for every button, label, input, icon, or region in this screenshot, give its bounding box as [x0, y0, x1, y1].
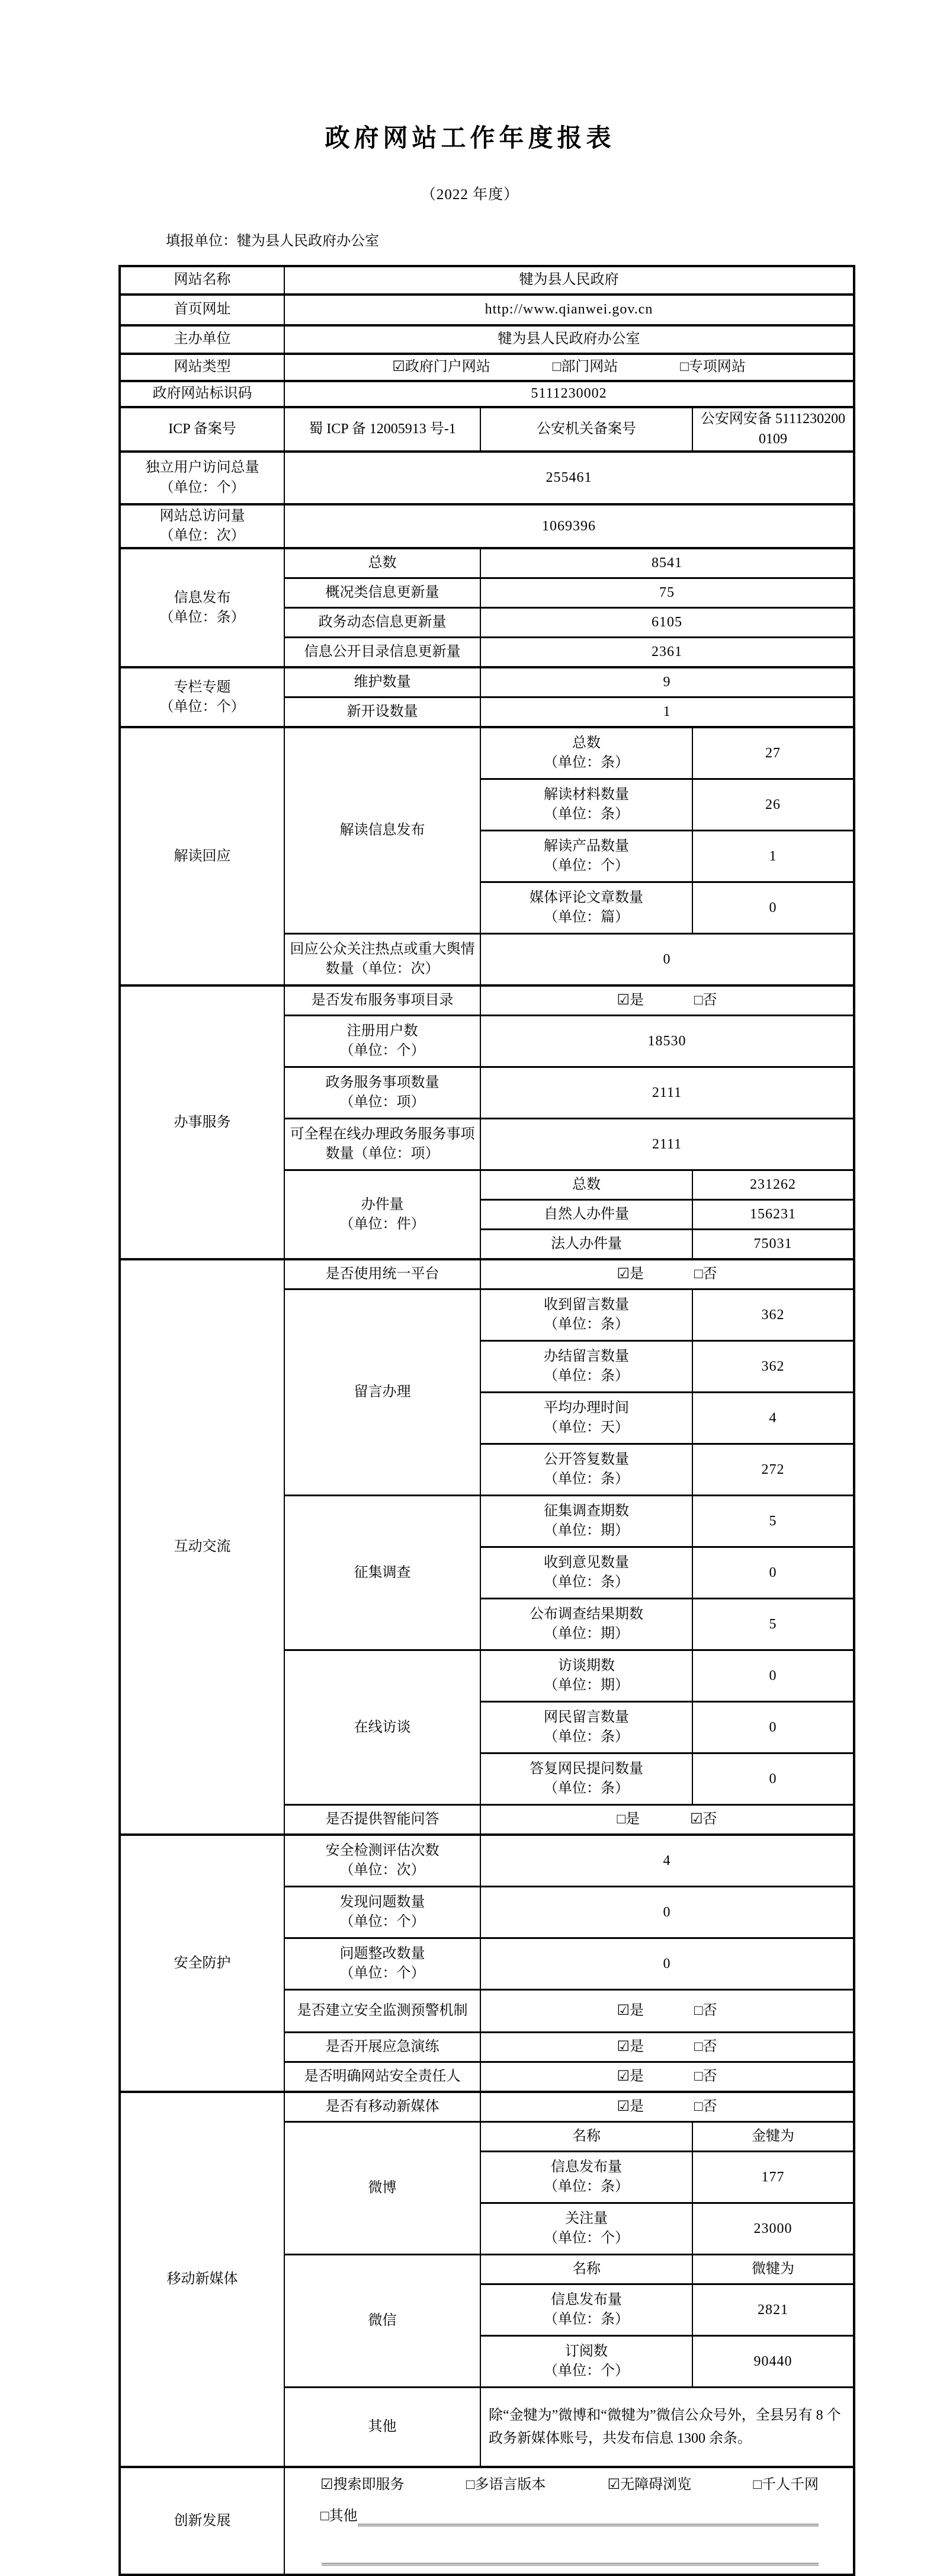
has-new-media-label: 是否有移动新媒体 [284, 2092, 480, 2122]
section-innovation-label: 创新发展 [120, 2467, 284, 2575]
total-visits-label: 网站总访问量 （单位：次） [120, 504, 284, 548]
submetric-value: 4 [480, 1835, 854, 1887]
checkbox-option: ☑是 [617, 2067, 644, 2087]
checkbox-option: ☑政府门户网站 [392, 357, 490, 377]
section-interpretation-label: 解读回应 [120, 727, 284, 985]
checkbox-option: ☑是 [617, 2097, 644, 2117]
submetric-label: 关注量 （单位：个） [480, 2203, 692, 2255]
checkbox-option: ☑搜索即服务 [320, 2475, 405, 2495]
submetric-value: 90440 [692, 2336, 854, 2388]
submetric-value: 75 [480, 578, 854, 608]
site-name-label: 网站名称 [120, 266, 284, 295]
section-interaction-label: 互动交流 [120, 1259, 284, 1835]
document-page: 政府网站工作年度报表 （2022 年度） 填报单位：犍为县人民政府办公室 网站名… [0, 0, 940, 2576]
submetric-value: 2821 [692, 2284, 854, 2336]
submetric-label: 平均办理时间 （单位：天） [480, 1393, 692, 1444]
page-title: 政府网站工作年度报表 [0, 119, 940, 154]
checkbox-option: □其他 [320, 2507, 358, 2526]
submetric-value: 8541 [480, 548, 854, 578]
table-row: 首页网址 http://www.qianwei.gov.cn [120, 295, 854, 325]
submetric-label: 名称 [480, 2122, 692, 2152]
innovation-options: ☑搜索即服务 □多语言版本 ☑无障碍浏览 □千人千网 □其他 [284, 2467, 854, 2575]
submetric-value: 9 [480, 667, 854, 697]
table-row: 信息发布 （单位：条） 总数 8541 [120, 548, 854, 578]
submetric-value: 0 [480, 1938, 854, 1990]
table-row: 互动交流 是否使用统一平台 ☑是 □否 [120, 1259, 854, 1289]
checkbox-option: ☑是 [617, 991, 644, 1010]
public-response-value: 0 [480, 934, 854, 986]
checkbox-option: □否 [694, 2001, 717, 2021]
table-row: ICP 备案号 蜀 ICP 备 12005913 号-1 公安机关备案号 公安网… [120, 407, 854, 452]
submetric-value: 27 [692, 727, 854, 779]
checkbox-option: □否 [694, 1265, 717, 1284]
submetric-label: 答复网民提问数量 （单位：条） [480, 1753, 692, 1805]
registered-users-value: 18530 [480, 1016, 854, 1067]
site-type-options: ☑政府门户网站 □部门网站 □专项网站 [284, 354, 854, 381]
interpretation-release-label: 解读信息发布 [284, 727, 480, 934]
fill-in-blank [322, 2546, 819, 2565]
icp-label: ICP 备案号 [120, 407, 284, 452]
online-items-label: 可全程在线办理政务服务事项数量（单位：项） [284, 1119, 480, 1170]
security-check-options: ☑是 □否 [480, 1990, 854, 2033]
submetric-value: 2361 [480, 638, 854, 668]
submetric-value: 1 [692, 831, 854, 882]
online-items-value: 2111 [480, 1119, 854, 1170]
unique-visitors-label: 独立用户访问总量 （单位：个） [120, 452, 284, 504]
home-url-label: 首页网址 [120, 295, 284, 325]
site-type-label: 网站类型 [120, 354, 284, 381]
submetric-value: 微犍为 [692, 2255, 854, 2284]
submetric-value: 6105 [480, 608, 854, 638]
reporting-unit: 填报单位：犍为县人民政府办公室 [0, 229, 940, 249]
submetric-label: 新开设数量 [284, 697, 480, 728]
submetric-label: 维护数量 [284, 667, 480, 697]
section-security-label: 安全防护 [120, 1835, 284, 2092]
submetric-label: 总数 [284, 548, 480, 578]
unified-platform-options: ☑是 □否 [480, 1259, 854, 1289]
submetric-value: 156231 [692, 1200, 854, 1230]
security-check-options: ☑是 □否 [480, 2062, 854, 2092]
checkbox-option: ☑是 [617, 2001, 644, 2021]
checkbox-option: □千人千网 [753, 2475, 819, 2495]
table-row: 政府网站标识码 5111230002 [120, 381, 854, 407]
checkbox-option: □是 [617, 1810, 640, 1829]
site-name-value: 犍为县人民政府 [284, 266, 854, 295]
submetric-value: 362 [692, 1341, 854, 1393]
submetric-label: 订阅数 （单位：个） [480, 2336, 692, 2388]
smart-qa-options: □是 ☑否 [480, 1805, 854, 1835]
submetric-value: 23000 [692, 2203, 854, 2255]
submetric-value: 5 [692, 1496, 854, 1547]
table-row: 专栏专题 （单位：个） 维护数量 9 [120, 667, 854, 697]
service-items-value: 2111 [480, 1067, 854, 1119]
checkbox-option: □多语言版本 [466, 2475, 546, 2495]
submetric-value: 272 [692, 1444, 854, 1496]
organizer-value: 犍为县人民政府办公室 [284, 325, 854, 354]
submetric-value: 0 [692, 1650, 854, 1702]
submetric-value: 金犍为 [692, 2122, 854, 2152]
submetric-label: 解读材料数量 （单位：条） [480, 779, 692, 831]
checkbox-option: □否 [694, 2097, 717, 2117]
security-check-label: 是否开展应急演练 [284, 2033, 480, 2062]
submetric-label: 解读产品数量 （单位：个） [480, 831, 692, 882]
wechat-label: 微信 [284, 2255, 480, 2388]
submetric-label: 总数 [480, 1170, 692, 1200]
site-code-value: 5111230002 [284, 381, 854, 407]
submetric-value: 362 [692, 1289, 854, 1341]
section-new-media-label: 移动新媒体 [120, 2092, 284, 2467]
submetric-value: 1 [480, 697, 854, 728]
service-items-label: 政务服务事项数量 （单位：项） [284, 1067, 480, 1119]
submetric-label: 信息公开目录信息更新量 [284, 638, 480, 668]
submetric-value: 177 [692, 2152, 854, 2203]
checkbox-option: □部门网站 [553, 357, 618, 377]
submetric-value: 4 [692, 1393, 854, 1444]
submetric-value: 0 [692, 1547, 854, 1599]
checkbox-option: ☑是 [617, 2037, 644, 2057]
submetric-label: 收到留言数量 （单位：条） [480, 1289, 692, 1341]
fill-in-blank [358, 2507, 819, 2526]
submetric-value: 231262 [692, 1170, 854, 1200]
submetric-label: 名称 [480, 2255, 692, 2284]
submetric-label: 信息发布量 （单位：条） [480, 2284, 692, 2336]
messages-label: 留言办理 [284, 1289, 480, 1496]
submetric-value: 0 [480, 1887, 854, 1938]
submetric-value: 75031 [692, 1230, 854, 1260]
checkbox-option: ☑无障碍浏览 [608, 2475, 692, 2495]
page-subtitle: （2022 年度） [0, 183, 940, 204]
submetric-label: 总数 （单位：条） [480, 727, 692, 779]
cases-label: 办件量 （单位：件） [284, 1170, 480, 1260]
security-check-options: ☑是 □否 [480, 2033, 854, 2062]
table-row: 创新发展 ☑搜索即服务 □多语言版本 ☑无障碍浏览 □千人千网 □其他 [120, 2467, 854, 2575]
table-row: 独立用户访问总量 （单位：个） 255461 [120, 452, 854, 504]
icp-value: 蜀 ICP 备 12005913 号-1 [284, 407, 480, 452]
submetric-label: 媒体评论文章数量 （单位：篇） [480, 882, 692, 934]
submetric-label: 收到意见数量 （单位：条） [480, 1547, 692, 1599]
table-row: 网站名称 犍为县人民政府 [120, 266, 854, 295]
submetric-label: 访谈期数 （单位：期） [480, 1650, 692, 1702]
service-catalog-options: ☑是 □否 [480, 985, 854, 1016]
checkbox-option: ☑否 [690, 1810, 717, 1829]
submetric-label: 自然人办件量 [480, 1200, 692, 1230]
interviews-label: 在线访谈 [284, 1650, 480, 1805]
table-row: 网站总访问量 （单位：次） 1069396 [120, 504, 854, 548]
security-check-label: 是否建立安全监测预警机制 [284, 1990, 480, 2033]
submetric-label: 征集调查期数 （单位：期） [480, 1496, 692, 1547]
table-row: 办事服务 是否发布服务事项目录 ☑是 □否 [120, 985, 854, 1016]
service-catalog-label: 是否发布服务事项目录 [284, 985, 480, 1016]
other-media-label: 其他 [284, 2388, 480, 2468]
public-response-label: 回应公众关注热点或重大舆情数量（单位：次） [284, 934, 480, 986]
checkbox-option: □否 [694, 2037, 717, 2057]
submetric-label: 法人办件量 [480, 1230, 692, 1260]
special-columns-label: 专栏专题 （单位：个） [120, 667, 284, 727]
smart-qa-label: 是否提供智能问答 [284, 1805, 480, 1835]
submetric-label: 发现问题数量 （单位：个） [284, 1887, 480, 1938]
registered-users-label: 注册用户数 （单位：个） [284, 1016, 480, 1067]
organizer-label: 主办单位 [120, 325, 284, 354]
unique-visitors-value: 255461 [284, 452, 854, 504]
submetric-value: 0 [692, 1753, 854, 1805]
info-release-label: 信息发布 （单位：条） [120, 548, 284, 667]
unified-platform-label: 是否使用统一平台 [284, 1259, 480, 1289]
submetric-label: 政务动态信息更新量 [284, 608, 480, 638]
table-row: 移动新媒体 是否有移动新媒体 ☑是 □否 [120, 2092, 854, 2122]
submetric-value: 0 [692, 882, 854, 934]
site-code-label: 政府网站标识码 [120, 381, 284, 407]
weibo-label: 微博 [284, 2122, 480, 2255]
submetric-label: 问题整改数量 （单位：个） [284, 1938, 480, 1990]
checkbox-option: □专项网站 [680, 357, 746, 377]
section-services-label: 办事服务 [120, 985, 284, 1259]
police-record-value: 公安网安备 51112302000109 [692, 407, 854, 452]
annual-report-table: 网站名称 犍为县人民政府 首页网址 http://www.qianwei.gov… [118, 265, 855, 2576]
has-new-media-options: ☑是 □否 [480, 2092, 854, 2122]
table-row: 网站类型 ☑政府门户网站 □部门网站 □专项网站 [120, 354, 854, 381]
total-visits-value: 1069396 [284, 504, 854, 548]
submetric-label: 公布调查结果期数 （单位：期） [480, 1599, 692, 1650]
surveys-label: 征集调查 [284, 1496, 480, 1650]
checkbox-option: □否 [694, 991, 717, 1010]
other-media-value: 除“金犍为”微博和“微犍为”微信公众号外，全县另有 8 个政务新媒体账号，共发布… [480, 2388, 854, 2468]
submetric-label: 信息发布量 （单位：条） [480, 2152, 692, 2203]
submetric-label: 公开答复数量 （单位：条） [480, 1444, 692, 1496]
table-row: 解读回应 解读信息发布 总数 （单位：条） 27 [120, 727, 854, 779]
table-row: 安全防护 安全检测评估次数 （单位：次） 4 [120, 1835, 854, 1887]
submetric-label: 安全检测评估次数 （单位：次） [284, 1835, 480, 1887]
checkbox-option: □否 [694, 2067, 717, 2087]
home-url-value: http://www.qianwei.gov.cn [284, 295, 854, 325]
checkbox-option: ☑是 [617, 1265, 644, 1284]
submetric-label: 概况类信息更新量 [284, 578, 480, 608]
submetric-value: 5 [692, 1599, 854, 1650]
submetric-label: 办结留言数量 （单位：条） [480, 1341, 692, 1393]
table-row: 主办单位 犍为县人民政府办公室 [120, 325, 854, 354]
submetric-label: 网民留言数量 （单位：条） [480, 1702, 692, 1753]
police-record-label: 公安机关备案号 [480, 407, 692, 452]
security-check-label: 是否明确网站安全责任人 [284, 2062, 480, 2092]
submetric-value: 0 [692, 1702, 854, 1753]
submetric-value: 26 [692, 779, 854, 831]
